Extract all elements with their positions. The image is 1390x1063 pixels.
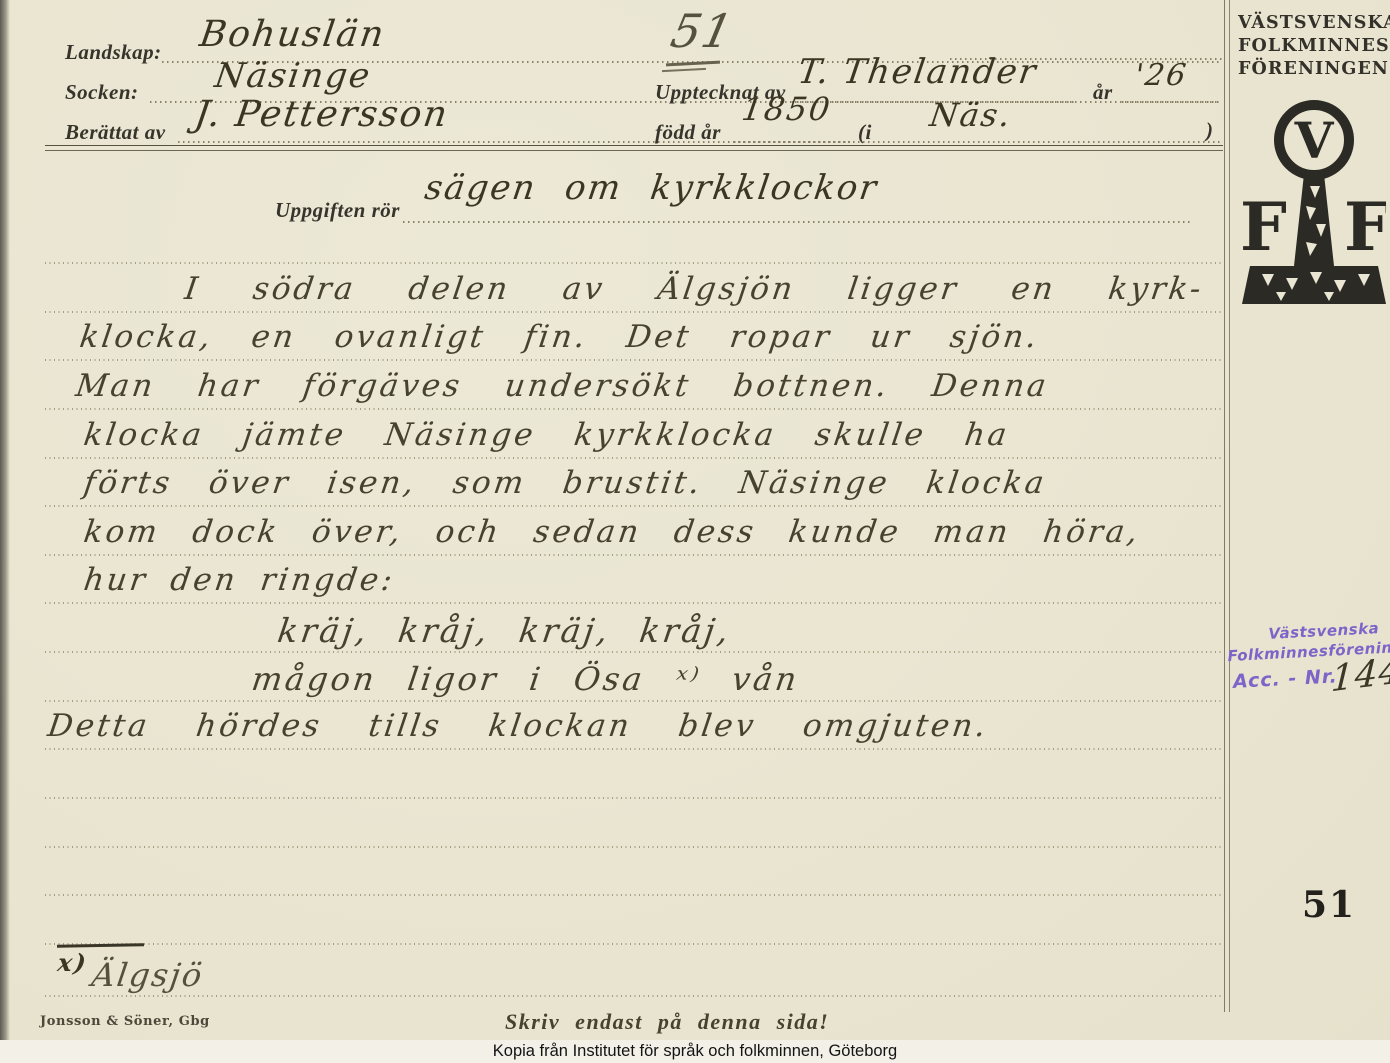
society-name-line1: VÄSTSVENSKA: [1238, 12, 1388, 35]
footnote-marker: x): [56, 948, 90, 977]
uppgiften-ror-value: sägen om kyrkklockor: [422, 168, 880, 208]
ruled-line: [45, 651, 1222, 653]
ruled-line: [45, 894, 1222, 896]
ruled-line: [45, 262, 1222, 264]
vertical-divider: [1224, 0, 1230, 1012]
uppgiften-ror-label: Uppgiften rör: [275, 198, 400, 223]
ruled-line: [45, 846, 1222, 848]
landskap-label: Landskap:: [65, 40, 162, 65]
ruled-line: [45, 748, 1222, 750]
ruled-line: [45, 995, 1222, 997]
uppgiften-ror-line: [403, 221, 1193, 223]
fodd-plats-line: [888, 141, 1202, 143]
body-verse-line: kräj, kråj, kräj, kråj,: [275, 611, 734, 650]
handwritten-page-number: 51: [666, 4, 738, 58]
ruled-line: [45, 408, 1222, 410]
body-line: hur den ringde:: [81, 562, 397, 598]
logo-letter-f-right: F: [1344, 188, 1386, 266]
berattat-av-value: J. Pettersson: [192, 94, 451, 135]
ruled-line: [45, 505, 1222, 507]
body-line: förts över isen, som brustit. Näsinge kl…: [81, 465, 1049, 501]
footnote-value: Älgsjö: [89, 956, 206, 994]
logo-letter-v: V: [1294, 111, 1335, 170]
ar-value: '26: [1133, 58, 1190, 93]
society-name: VÄSTSVENSKA FOLKMINNES- FÖRENINGEN: [1238, 12, 1388, 81]
ruled-line: [45, 943, 1222, 945]
double-rule: [45, 145, 1223, 151]
body-line: klocka jämte Näsinge kyrkklocka skulle h…: [81, 417, 1011, 453]
thor-hammer-logo: V F F: [1238, 90, 1386, 310]
socken-value: Näsinge: [212, 56, 374, 96]
ar-line: [1122, 101, 1222, 103]
ruled-line: [45, 554, 1222, 556]
printer-imprint: Jonsson & Söner, Gbg: [40, 1014, 210, 1029]
body-line: I södra delen av Älgsjön ligger en kyrk-: [182, 271, 1206, 307]
accession-stamp: Västsvenska Folkminnesförening Acc. - Nr…: [1224, 617, 1390, 627]
printed-page-number: 51: [1302, 884, 1356, 926]
body-line: kom dock över, och sedan dess kunde man …: [81, 514, 1142, 550]
socken-label: Socken:: [65, 80, 139, 105]
body-line: Detta hördes tills klockan blev omgjuten…: [45, 708, 990, 744]
write-only-instruction: Skriv endast på denna sida!: [505, 1009, 829, 1035]
fodd-ar-line: [734, 141, 850, 143]
society-name-line3: FÖRENINGEN: [1238, 58, 1388, 81]
logo-letter-f-left: F: [1240, 188, 1287, 266]
body-verse-line: mågon ligor i Ösa ˣ⁾ vån: [249, 660, 801, 698]
copy-note: Kopia från Institutet för språk och folk…: [493, 1042, 897, 1060]
ar-label: år: [1093, 80, 1113, 105]
upptecknat-av-value: T. Thelander: [795, 52, 1040, 92]
archive-card: Landskap: Bohuslän Socken: Näsinge Berät…: [0, 0, 1390, 1063]
ruled-line: [45, 797, 1222, 799]
body-line: klocka, en ovanligt fin. Det ropar ur sj…: [77, 319, 1041, 355]
ruled-line: [45, 700, 1222, 702]
scan-edge-shadow: [0, 0, 10, 1045]
paren-close-label: ): [1206, 118, 1214, 143]
paren-open-label: (i: [858, 120, 872, 145]
ruled-line: [45, 359, 1222, 361]
ruled-line: [45, 311, 1222, 313]
ruled-line: [45, 457, 1222, 459]
stamp-acc-label: Acc. - Nr.: [1232, 665, 1338, 692]
underline-stroke: [662, 68, 706, 72]
fodd-ar-label: född år: [655, 120, 721, 145]
fodd-plats-value: Näs.: [927, 96, 1014, 134]
ruled-line: [45, 602, 1222, 604]
society-name-line2: FOLKMINNES-: [1238, 35, 1388, 58]
fodd-ar-value: 1850: [739, 90, 834, 128]
body-line: Man har förgäves undersökt bottnen. Denn…: [73, 368, 1051, 404]
landskap-value: Bohuslän: [197, 14, 388, 55]
copy-note-band: Kopia från Institutet för språk och folk…: [0, 1040, 1390, 1063]
berattat-av-label: Berättat av: [65, 120, 166, 145]
